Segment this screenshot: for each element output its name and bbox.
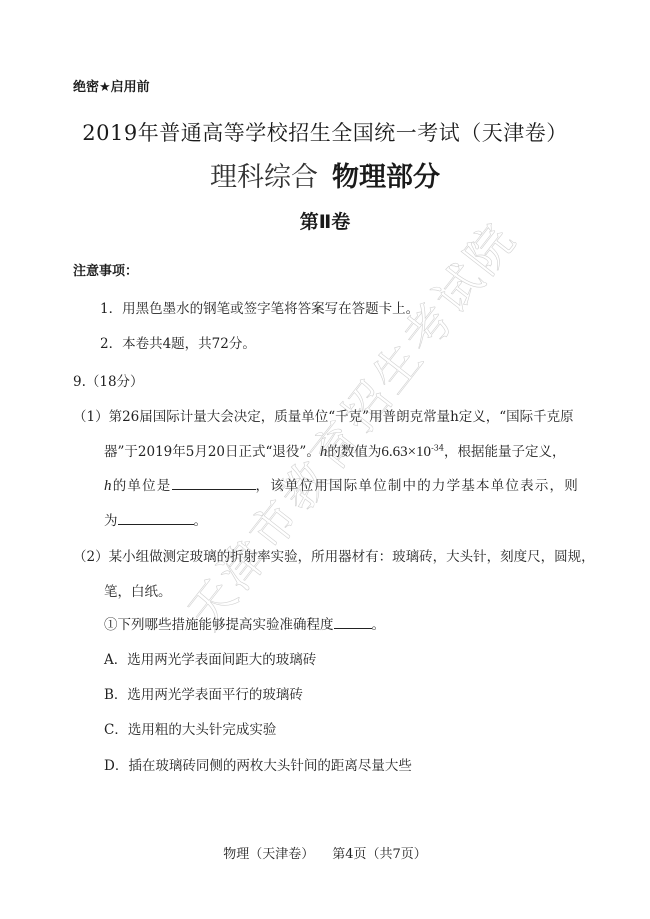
part2-line1: （2）某小组做测定玻璃的折射率实验，所用器材有：玻璃砖，大头针，刻度尺，圆规， [73,545,595,565]
part1-line4-suffix: 。 [194,513,208,529]
planck-value: 6.63×10 [381,444,431,460]
h-symbol: h [104,478,113,494]
part1-line3-prefix: 的单位是 [113,478,172,494]
part1-line4-prefix: 为 [104,513,118,529]
footer-subject: 物理（天津卷） [223,847,314,862]
confidential-label: 绝密★启用前 [73,76,150,95]
option-b: B．选用两光学表面平行的玻璃砖 [104,683,303,703]
option-d: D．插在玻璃砖同侧的两枚大头针间的距离尽量大些 [104,754,412,774]
notice-item-1: 1．用黑色墨水的钢笔或签字笔将答案写在答题卡上。 [100,297,419,317]
notice-heading: 注意事项： [73,260,138,279]
option-a: A．选用两光学表面间距大的玻璃砖 [104,648,316,668]
part2-line2: 笔，白纸。 [104,580,172,600]
sub-question-1: ①下列哪些措施能够提高实验准确程度。 [104,613,385,633]
volume-title: 第Ⅱ卷 [0,207,650,234]
part1-line4: 为。 [104,509,207,529]
sub-question-1-suffix: 。 [372,617,386,633]
subject-bold: 物理部分 [332,162,440,193]
notice-item-2: 2．本卷共4题，共72分。 [100,332,256,352]
answer-blank-1[interactable] [172,477,256,490]
exam-title: 2019年普通高等学校招生全国统一考试（天津卷） [0,117,650,147]
footer-page: 第4页（共7页） [332,847,427,862]
planck-exponent: -34 [431,444,444,453]
subject-title: 理科综合物理部分 [0,155,650,194]
option-c: C．选用粗的大头针完成实验 [104,718,276,738]
question-9-label: 9.（18分） [73,370,144,390]
subject-light: 理科综合 [210,162,318,193]
part1-line2-suffix: ，根据能量子定义， [444,444,566,460]
answer-blank-2[interactable] [118,512,194,525]
page-footer: 物理（天津卷）第4页（共7页） [0,843,650,862]
answer-blank-3[interactable] [334,616,372,629]
